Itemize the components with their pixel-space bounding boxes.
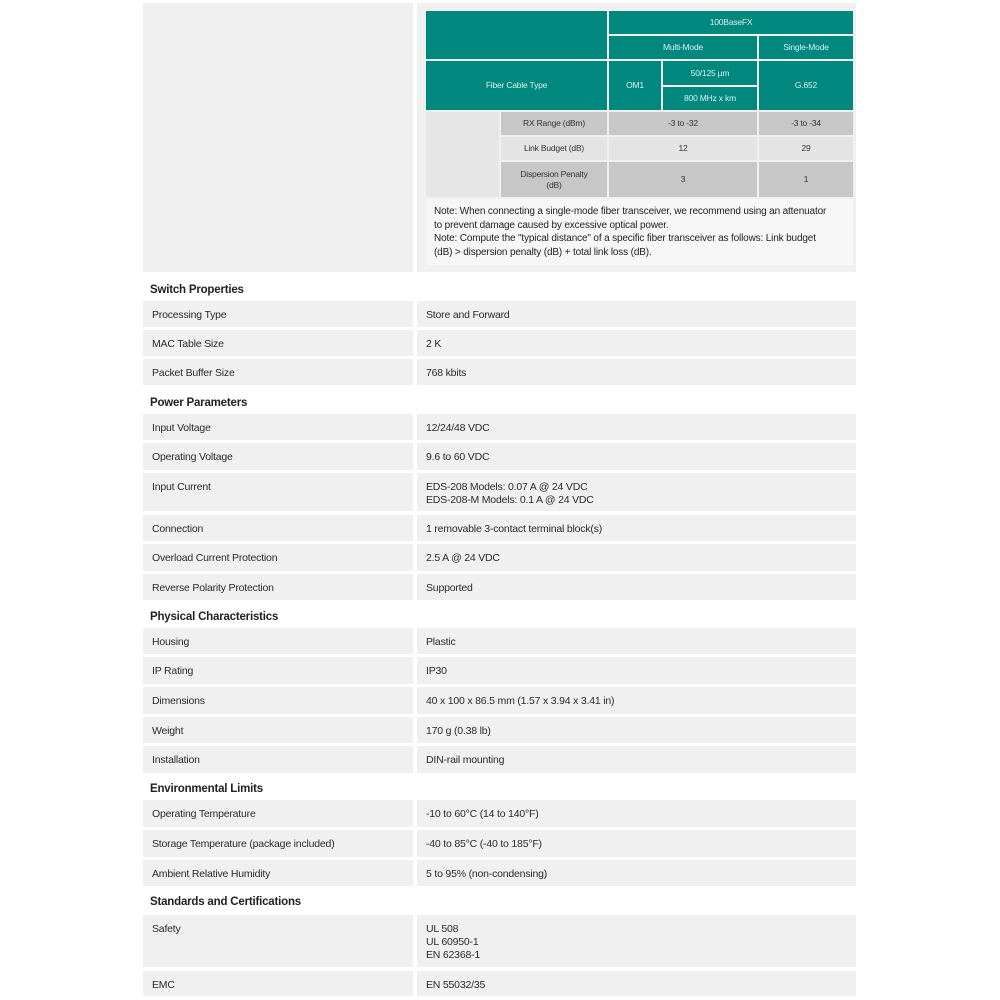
spec-label: Overload Current Protection <box>152 552 277 565</box>
mm-core-size: 50/125 µm <box>663 61 757 85</box>
note-attenuator: Note: When connecting a single-mode fibe… <box>434 205 834 232</box>
spec-value-cell: -40 to 85°C (-40 to 185°F) <box>417 830 856 857</box>
section-title-environmental: Environmental Limits <box>150 783 263 795</box>
spec-value: 40 x 100 x 86.5 mm (1.57 x 3.94 x 3.41 i… <box>426 695 614 708</box>
spec-label-cell: MAC Table Size <box>143 330 413 356</box>
fiber-cable-type-label: Fiber Cable Type <box>426 61 607 110</box>
spec-value: 170 g (0.38 lb) <box>426 725 491 738</box>
spec-value: EDS-208 Models: 0.07 A @ 24 VDC EDS-208-… <box>426 481 594 507</box>
spec-value-cell: UL 508 UL 60950-1 EN 62368-1 <box>417 915 856 967</box>
fiber-table-corner <box>426 11 607 59</box>
spec-label: Input Current <box>152 481 211 494</box>
spec-label: Processing Type <box>152 309 226 322</box>
spec-value-cell: 5 to 95% (non-condensing) <box>417 860 856 886</box>
spec-label-cell: Processing Type <box>143 301 413 327</box>
spec-value-cell: 9.6 to 60 VDC <box>417 443 856 470</box>
spec-value: 2.5 A @ 24 VDC <box>426 552 500 565</box>
spec-value: 5 to 95% (non-condensing) <box>426 868 547 881</box>
spec-value-cell: 1 removable 3-contact terminal block(s) <box>417 515 856 541</box>
spec-value-cell: 2.5 A @ 24 VDC <box>417 544 856 571</box>
spec-label-cell: Operating Temperature <box>143 800 413 827</box>
spec-value-cell: 768 kbits <box>417 359 856 385</box>
spec-value: 12/24/48 VDC <box>426 422 490 435</box>
spec-label: Packet Buffer Size <box>152 367 235 380</box>
spec-label: Dimensions <box>152 695 205 708</box>
section-title-physical: Physical Characteristics <box>150 611 278 623</box>
spec-label: Safety <box>152 923 181 936</box>
spec-value-cell: EN 55032/35 <box>417 971 856 996</box>
dispersion-penalty-label-text: Dispersion Penalty (dB) <box>520 169 587 191</box>
note-typical-distance: Note: Compute the "typical distance" of … <box>434 232 834 259</box>
spec-value: 1 removable 3-contact terminal block(s) <box>426 523 602 536</box>
spec-value: Store and Forward <box>426 309 510 322</box>
spec-label-cell: Storage Temperature (package included) <box>143 830 413 857</box>
section-title-standards: Standards and Certifications <box>150 896 301 908</box>
section-title-power: Power Parameters <box>150 397 247 409</box>
fiber-rows-spacer <box>426 112 499 197</box>
header-multimode: Multi-Mode <box>609 36 757 59</box>
spec-label: Installation <box>152 754 200 767</box>
spec-label-cell: Safety <box>143 915 413 967</box>
spec-value-cell: 40 x 100 x 86.5 mm (1.57 x 3.94 x 3.41 i… <box>417 687 856 714</box>
spec-label: Operating Voltage <box>152 451 233 464</box>
dispersion-penalty-singlemode: 1 <box>759 162 853 197</box>
spec-value: -40 to 85°C (-40 to 185°F) <box>426 838 542 851</box>
spec-value-cell: EDS-208 Models: 0.07 A @ 24 VDC EDS-208-… <box>417 473 856 511</box>
section-title-switch: Switch Properties <box>150 284 244 296</box>
spec-label: Reverse Polarity Protection <box>152 582 274 595</box>
spec-value-cell: 2 K <box>417 330 856 356</box>
mm-type-om1: OM1 <box>609 61 661 110</box>
spec-label-cell: Input Current <box>143 473 413 511</box>
spec-label-cell: Overload Current Protection <box>143 544 413 571</box>
spec-value: IP30 <box>426 665 447 678</box>
spec-label-cell: Installation <box>143 746 413 773</box>
spec-value: 768 kbits <box>426 367 466 380</box>
spec-label-cell: Connection <box>143 515 413 541</box>
spec-label-cell: Housing <box>143 628 413 654</box>
fiber-notes: Note: When connecting a single-mode fibe… <box>426 199 853 265</box>
rx-range-label: RX Range (dBm) <box>501 112 607 135</box>
spec-value: DIN-rail mounting <box>426 754 504 767</box>
header-singlemode: Single-Mode <box>759 36 853 59</box>
link-budget-multimode: 12 <box>609 137 757 160</box>
spec-label: Housing <box>152 636 189 649</box>
spec-value: Supported <box>426 582 473 595</box>
sm-type-g652: G.652 <box>759 61 853 110</box>
link-budget-label: Link Budget (dB) <box>501 137 607 160</box>
spec-value-cell: IP30 <box>417 657 856 684</box>
spec-label-cell: Ambient Relative Humidity <box>143 860 413 886</box>
spec-label: Input Voltage <box>152 422 211 435</box>
spec-label-cell: Dimensions <box>143 687 413 714</box>
spec-value: UL 508 UL 60950-1 EN 62368-1 <box>426 923 480 962</box>
spec-label: IP Rating <box>152 665 193 678</box>
spec-value: Plastic <box>426 636 456 649</box>
spec-value-cell: Plastic <box>417 628 856 654</box>
spec-label-cell: IP Rating <box>143 657 413 684</box>
mm-bandwidth: 800 MHz x km <box>663 87 757 110</box>
dispersion-penalty-label: Dispersion Penalty (dB) <box>501 162 607 197</box>
spec-value: -10 to 60°C (14 to 140°F) <box>426 808 539 821</box>
link-budget-singlemode: 29 <box>759 137 853 160</box>
spec-value: 2 K <box>426 338 441 351</box>
spec-value-cell: DIN-rail mounting <box>417 746 856 773</box>
spec-label: Ambient Relative Humidity <box>152 868 270 881</box>
fiber-label-cell <box>143 3 413 272</box>
spec-value-cell: 170 g (0.38 lb) <box>417 717 856 743</box>
spec-value: EN 55032/35 <box>426 979 485 992</box>
spec-value-cell: -10 to 60°C (14 to 140°F) <box>417 800 856 827</box>
spec-label: Weight <box>152 725 183 738</box>
spec-label: Connection <box>152 523 203 536</box>
spec-value-cell: Store and Forward <box>417 301 856 327</box>
rx-range-singlemode: -3 to -34 <box>759 112 853 135</box>
rx-range-multimode: -3 to -32 <box>609 112 757 135</box>
spec-value-cell: Supported <box>417 574 856 600</box>
spec-value-cell: 12/24/48 VDC <box>417 414 856 440</box>
spec-label-cell: EMC <box>143 971 413 996</box>
spec-label-cell: Packet Buffer Size <box>143 359 413 385</box>
spec-label-cell: Reverse Polarity Protection <box>143 574 413 600</box>
dispersion-penalty-multimode: 3 <box>609 162 757 197</box>
spec-label: EMC <box>152 979 175 992</box>
spec-label-cell: Input Voltage <box>143 414 413 440</box>
spec-label-cell: Weight <box>143 717 413 743</box>
spec-label: Operating Temperature <box>152 808 256 821</box>
spec-value: 9.6 to 60 VDC <box>426 451 489 464</box>
header-100basefx: 100BaseFX <box>609 11 853 34</box>
spec-label-cell: Operating Voltage <box>143 443 413 470</box>
spec-label: MAC Table Size <box>152 338 224 351</box>
spec-label: Storage Temperature (package included) <box>152 838 335 851</box>
